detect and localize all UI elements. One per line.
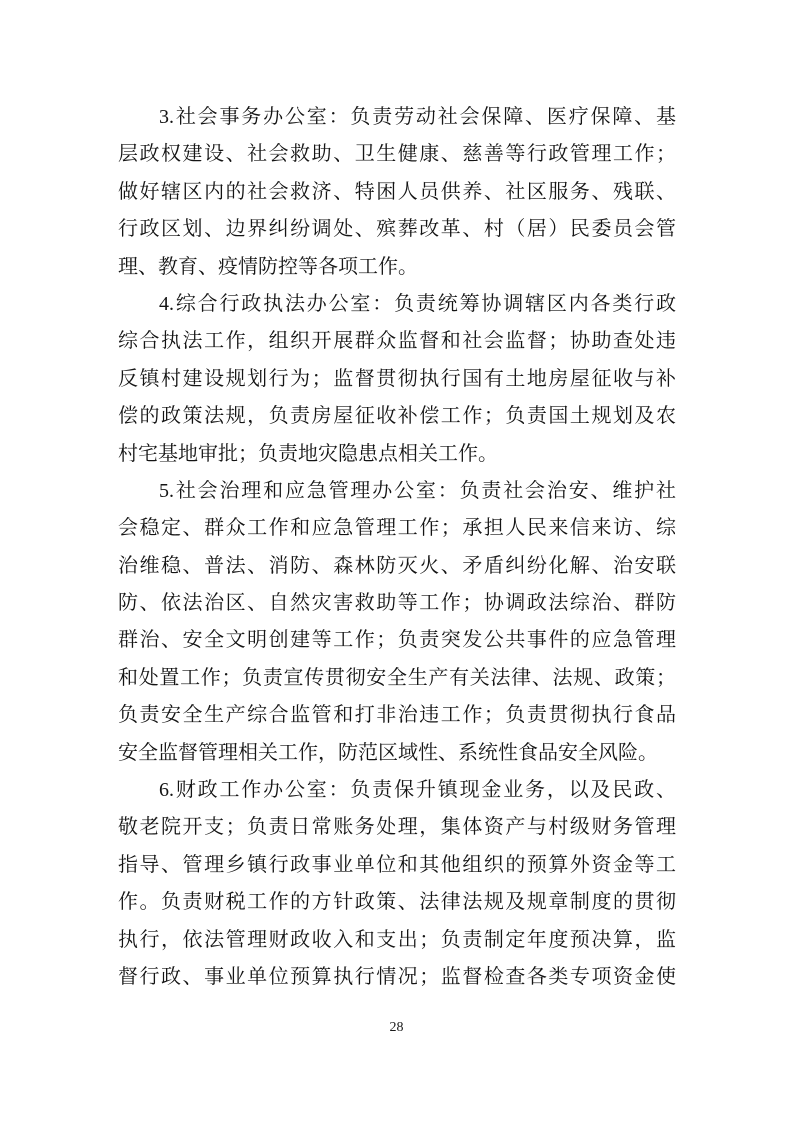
text-line: 执行，依法管理财政收入和支出；负责制定年度预决算，监 <box>118 922 676 959</box>
text-line: 敬老院开支；负责日常账务处理，集体资产与村级财务管理 <box>118 809 676 846</box>
text-line: 6.财政工作办公室：负责保升镇现金业务，以及民政、 <box>118 772 676 809</box>
paragraph-social-affairs-office: 3.社会事务办公室：负责劳动社会保障、医疗保障、基 层政权建设、社会救助、卫生健… <box>118 99 676 286</box>
paragraph-social-governance-emergency-management-office: 5.社会治理和应急管理办公室：负责社会治安、维护社 会稳定、群众工作和应急管理工… <box>118 473 676 772</box>
text-line: 负责安全生产综合监管和打非治违工作；负责贯彻执行食品 <box>118 697 676 734</box>
text-line: 综合执法工作，组织开展群众监督和社会监督；协助查处违 <box>118 323 676 360</box>
text-line: 治维稳、普法、消防、森林防灭火、矛盾纠纷化解、治安联 <box>118 548 676 585</box>
paragraph-comprehensive-law-enforcement-office: 4.综合行政执法办公室：负责统筹协调辖区内各类行政 综合执法工作，组织开展群众监… <box>118 286 676 473</box>
text-line: 做好辖区内的社会救济、特困人员供养、社区服务、残联、 <box>118 174 676 211</box>
text-line: 村宅基地审批；负责地灾隐患点相关工作。 <box>118 436 676 473</box>
text-line: 指导、管理乡镇行政事业单位和其他组织的预算外资金等工 <box>118 847 676 884</box>
text-line: 行政区划、边界纠纷调处、殡葬改革、村（居）民委员会管 <box>118 211 676 248</box>
paragraph-finance-work-office: 6.财政工作办公室：负责保升镇现金业务，以及民政、 敬老院开支；负责日常账务处理… <box>118 772 676 996</box>
text-line: 安全监督管理相关工作，防范区域性、系统性食品安全风险。 <box>118 735 676 772</box>
text-line: 层政权建设、社会救助、卫生健康、慈善等行政管理工作； <box>118 136 676 173</box>
text-line: 作。负责财税工作的方针政策、法律法规及规章制度的贯彻 <box>118 884 676 921</box>
text-line: 4.综合行政执法办公室：负责统筹协调辖区内各类行政 <box>118 286 676 323</box>
text-line: 和处置工作；负责宣传贯彻安全生产有关法律、法规、政策； <box>118 660 676 697</box>
text-line: 会稳定、群众工作和应急管理工作；承担人民来信来访、综 <box>118 510 676 547</box>
text-line: 群治、安全文明创建等工作；负责突发公共事件的应急管理 <box>118 622 676 659</box>
text-line: 督行政、事业单位预算执行情况；监督检查各类专项资金使 <box>118 959 676 996</box>
page-number: 28 <box>0 1018 793 1038</box>
text-line: 反镇村建设规划行为；监督贯彻执行国有土地房屋征收与补 <box>118 361 676 398</box>
text-line: 防、依法治区、自然灾害救助等工作；协调政法综治、群防 <box>118 585 676 622</box>
text-line: 3.社会事务办公室：负责劳动社会保障、医疗保障、基 <box>118 99 676 136</box>
document-body: 3.社会事务办公室：负责劳动社会保障、医疗保障、基 层政权建设、社会救助、卫生健… <box>118 99 676 996</box>
document-page: 3.社会事务办公室：负责劳动社会保障、医疗保障、基 层政权建设、社会救助、卫生健… <box>0 0 793 1122</box>
text-line: 理、教育、疫情防控等各项工作。 <box>118 249 676 286</box>
text-line: 偿的政策法规，负责房屋征收补偿工作；负责国土规划及农 <box>118 398 676 435</box>
text-line: 5.社会治理和应急管理办公室：负责社会治安、维护社 <box>118 473 676 510</box>
